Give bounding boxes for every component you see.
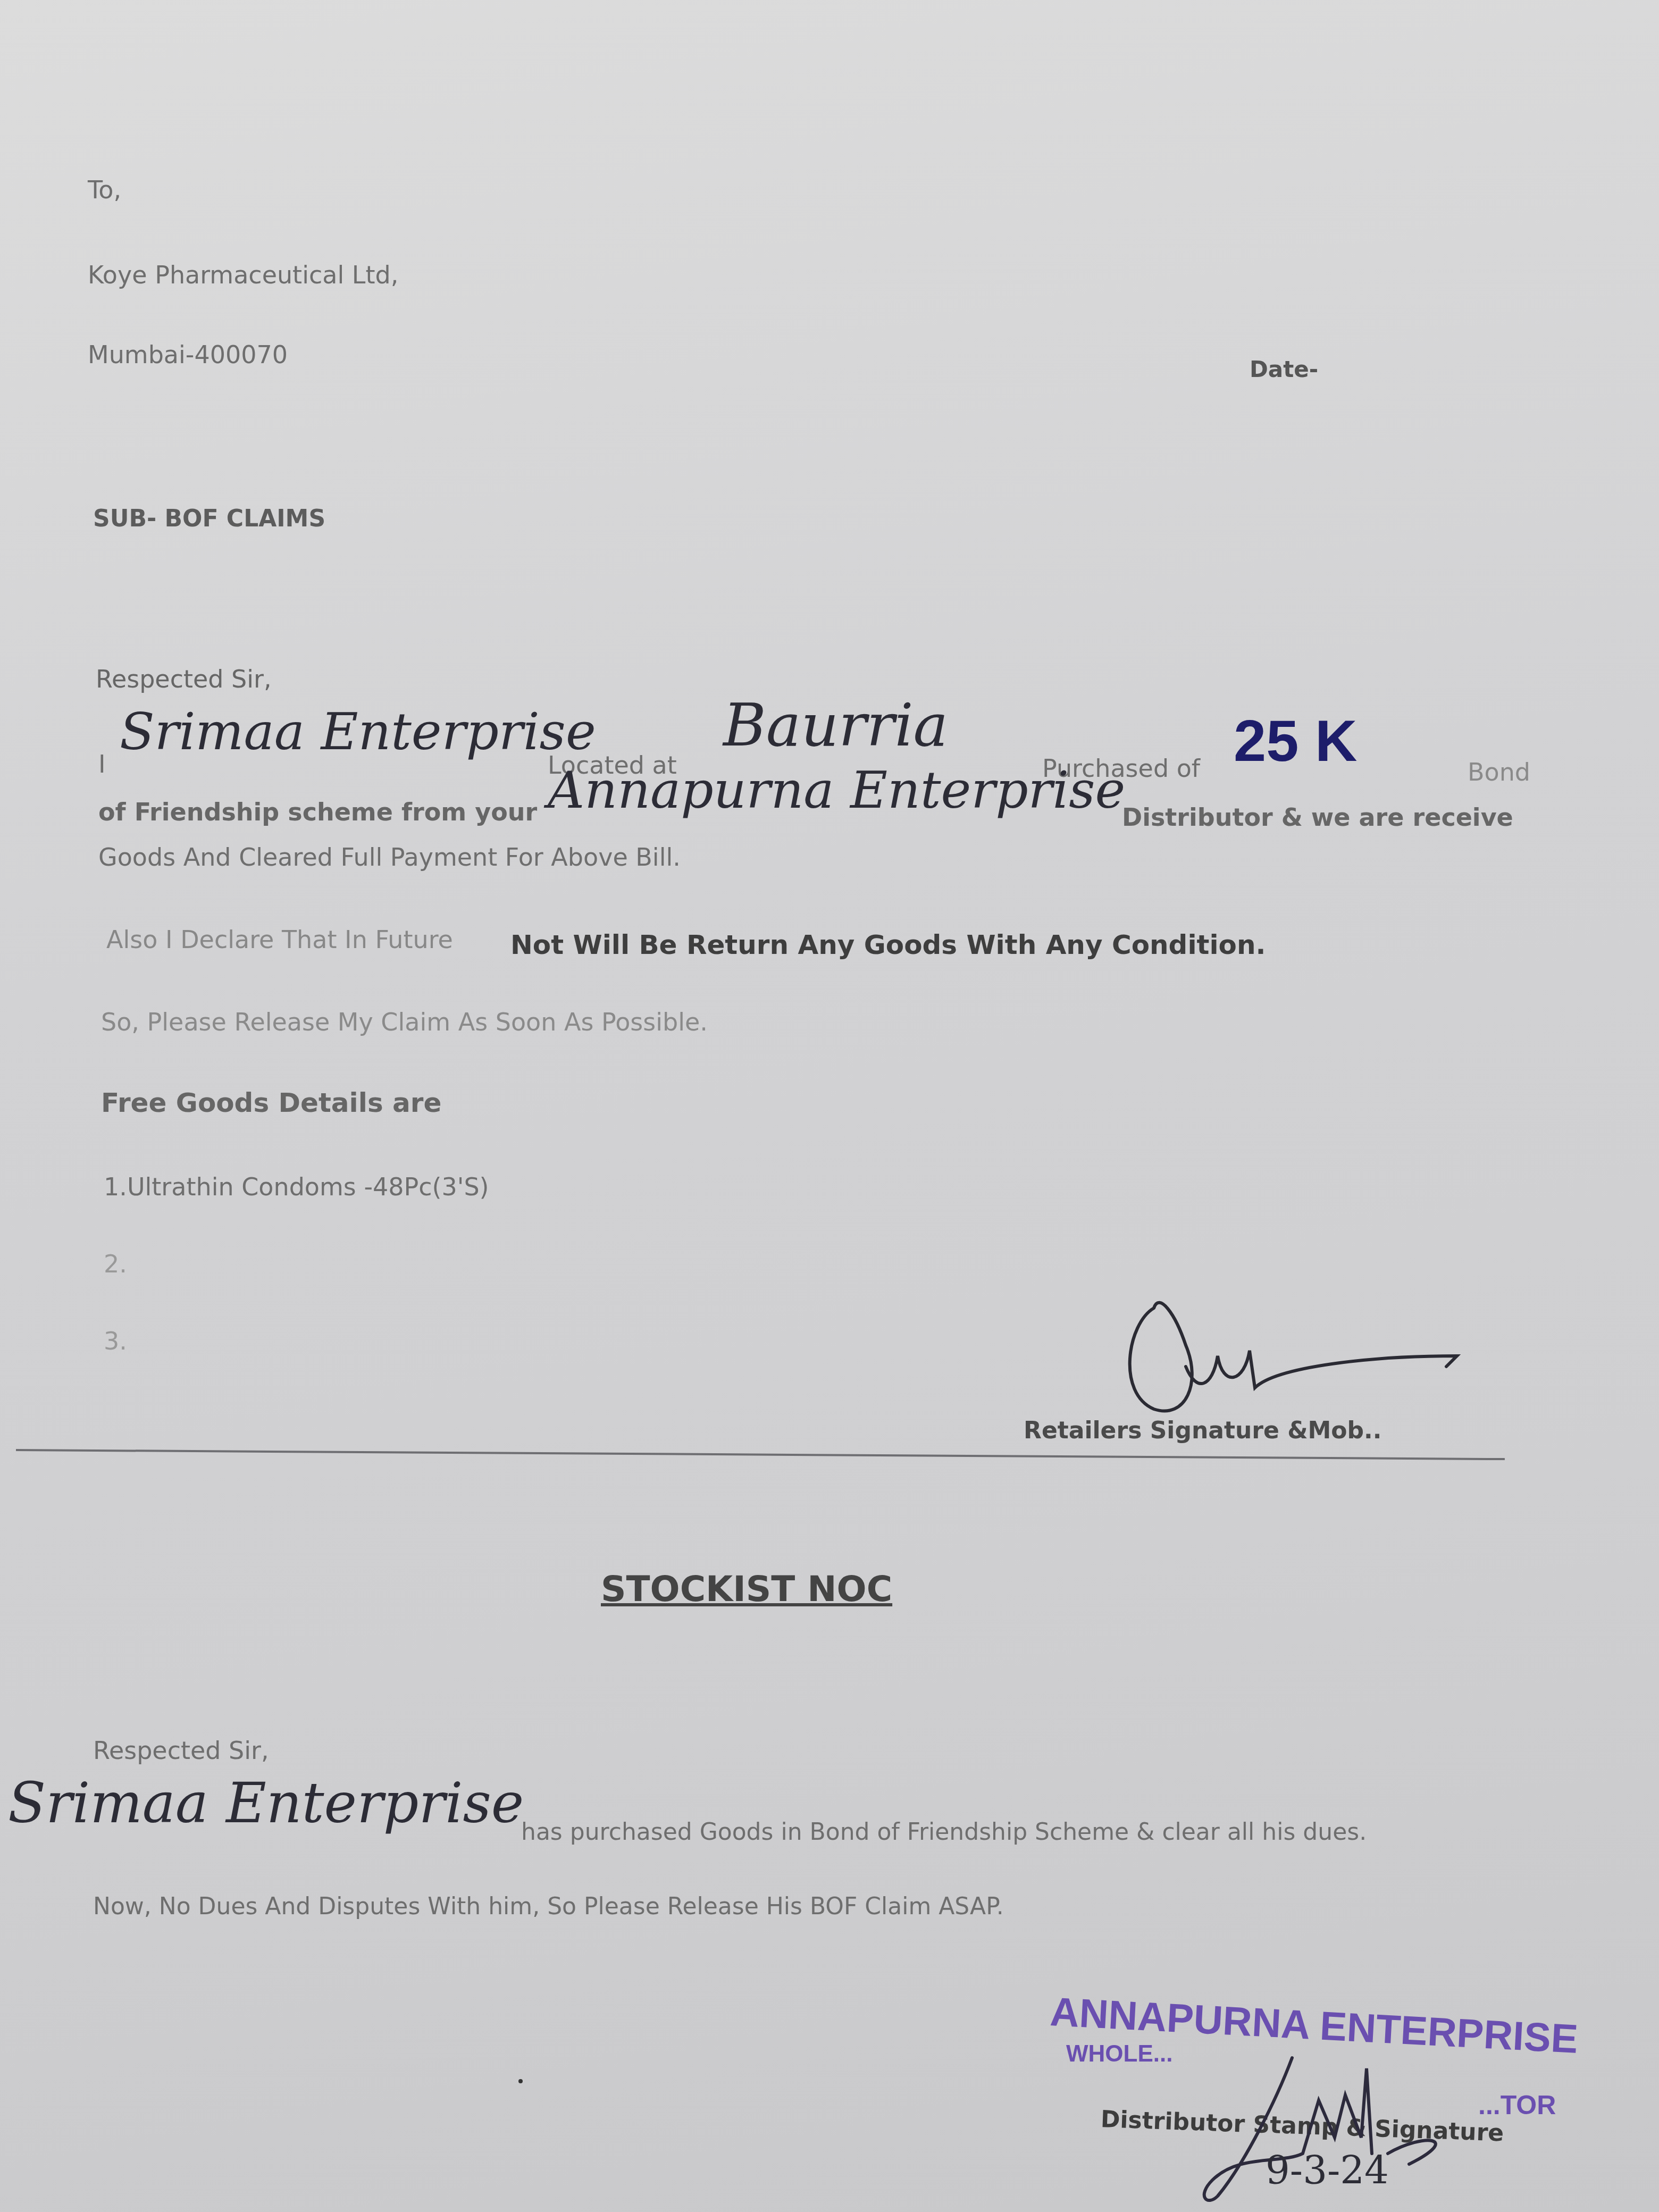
noc-line1-suffix: has purchased Goods in Bond of Friendshi…: [521, 1819, 1367, 1846]
line2-suffix: Distributor & we are receive: [1122, 803, 1513, 832]
recipient-city: Mumbai-400070: [88, 340, 288, 369]
line3: Goods And Cleared Full Payment For Above…: [98, 843, 681, 872]
retailer-signature: [1106, 1276, 1468, 1436]
ink-dot: [518, 2079, 523, 2083]
noc-salutation: Respected Sir,: [93, 1736, 269, 1765]
free-goods-item-2: 2.: [104, 1250, 127, 1278]
distributor-stamp-line3: ...TOR: [1478, 2090, 1556, 2121]
noc-title: STOCKIST NOC: [601, 1569, 892, 1610]
retailer-signature-label: Retailers Signature &Mob..: [1024, 1417, 1381, 1444]
section-divider: [16, 1449, 1505, 1460]
declare-bold: Not Will Be Return Any Goods With Any Co…: [510, 929, 1266, 960]
recipient-company: Koye Pharmaceutical Ltd,: [88, 261, 398, 289]
free-goods-item-3: 3.: [104, 1327, 127, 1355]
noc-retailer-name-handwritten: Srimaa Enterprise: [8, 1771, 524, 1836]
distributor-name-handwritten: Annapurna Enterprise: [548, 760, 1125, 820]
noc-line2: Now, No Dues And Disputes With him, So P…: [93, 1893, 1004, 1920]
release-request: So, Please Release My Claim As Soon As P…: [101, 1008, 708, 1036]
free-goods-item-1: 1.Ultrathin Condoms -48Pc(3'S): [104, 1172, 489, 1201]
free-goods-heading: Free Goods Details are: [101, 1087, 441, 1118]
amount-handwritten: 25 K: [1234, 707, 1357, 775]
recipient-to: To,: [88, 175, 121, 204]
line2-prefix: of Friendship scheme from your: [98, 798, 537, 826]
subject: SUB- BOF CLAIMS: [93, 505, 325, 532]
retailer-name-handwritten: Srimaa Enterprise: [120, 702, 596, 761]
line1-prefix: I: [98, 750, 106, 778]
salutation: Respected Sir,: [96, 665, 272, 693]
distributor-stamp-line2: WHOLE...: [1066, 2041, 1172, 2067]
date-label: Date-: [1250, 356, 1318, 382]
signed-date-handwritten: 9-3-24: [1266, 2148, 1389, 2193]
location-handwritten: Baurria: [723, 691, 948, 759]
declare-prefix: Also I Declare That In Future: [106, 925, 453, 954]
line1-suffix: Bond: [1468, 758, 1530, 786]
